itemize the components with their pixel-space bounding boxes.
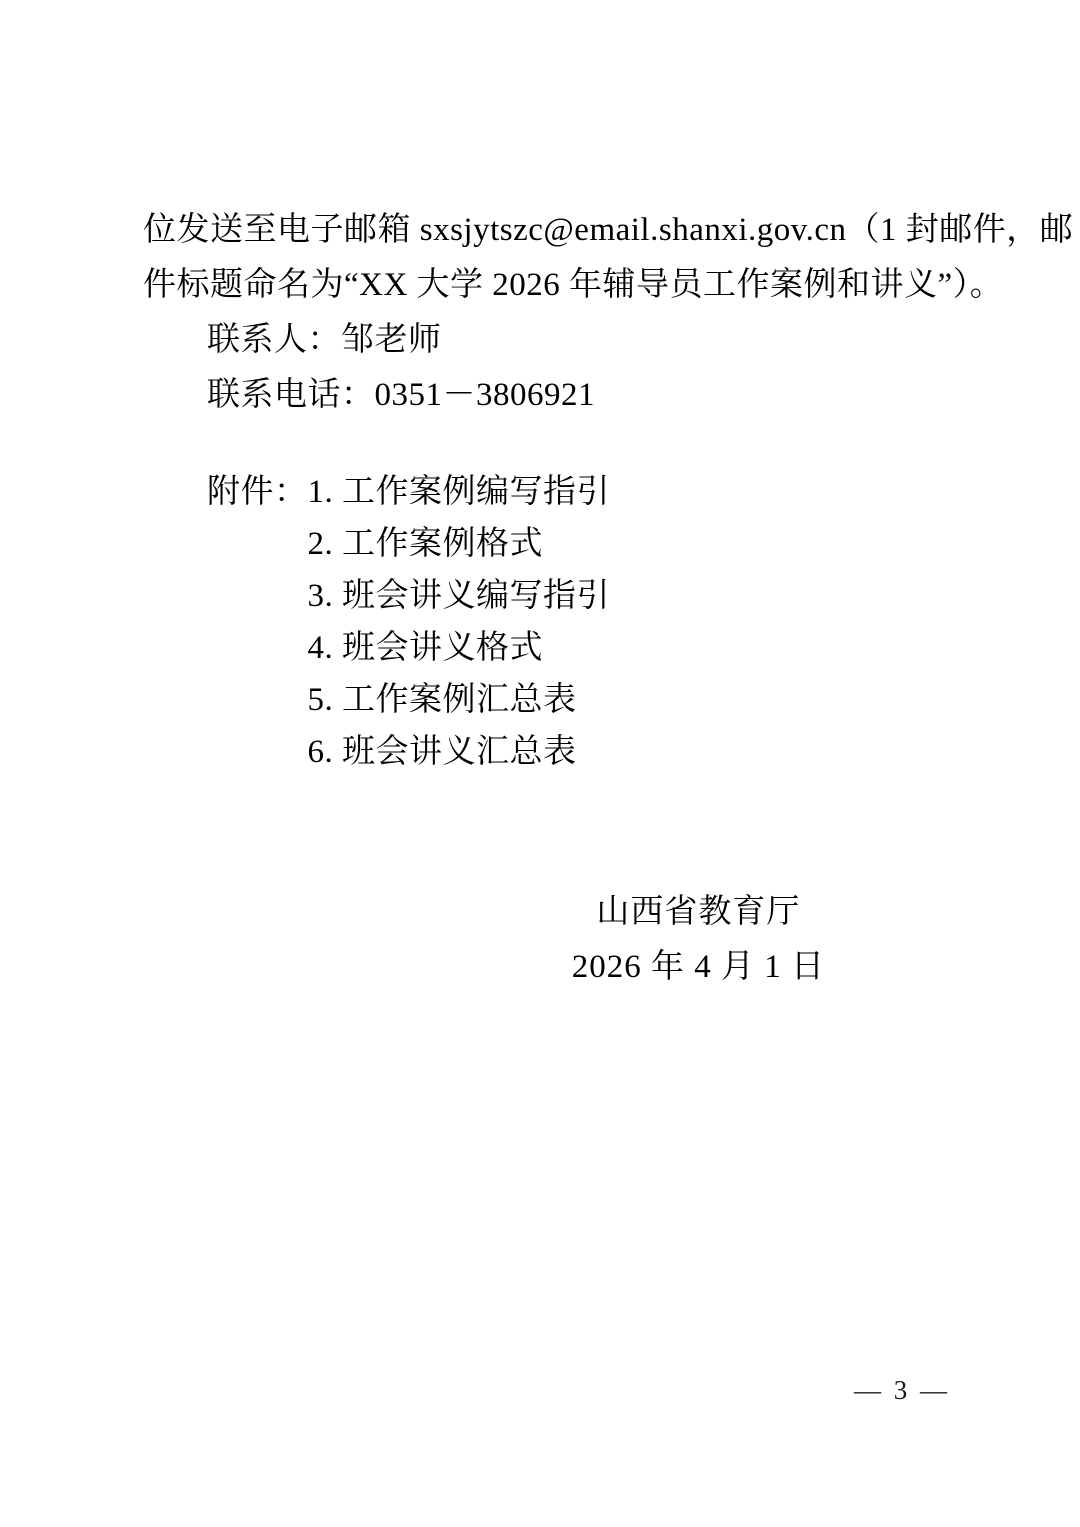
attachment-item-3: 3. 班会讲义编写指引 [308,570,611,622]
attachments-list: 1. 工作案例编写指引 2. 工作案例格式 3. 班会讲义编写指引 4. 班会讲… [308,466,611,778]
attachments-block: 附件： 1. 工作案例编写指引 2. 工作案例格式 3. 班会讲义编写指引 4.… [143,466,940,778]
signature-block: 山西省教育厅 2026 年 4 月 1 日 [572,885,825,995]
attachment-item-5: 5. 工作案例汇总表 [308,674,611,726]
attachment-item-1: 1. 工作案例编写指引 [308,466,611,518]
attachment-item-4: 4. 班会讲义格式 [308,622,611,674]
page-number: — 3 — [854,1375,950,1405]
document-body: 位发送至电子邮箱 sxsjytszc@email.shanxi.gov.cn（1… [0,0,1080,995]
body-line-title-naming: 件标题命名为“XX 大学 2026 年辅导员工作案例和讲义”）。 [143,258,940,313]
body-line-continuation: 位发送至电子邮箱 sxsjytszc@email.shanxi.gov.cn（1… [143,203,940,258]
attachment-item-6: 6. 班会讲义汇总表 [308,726,611,778]
document-page: 位发送至电子邮箱 sxsjytszc@email.shanxi.gov.cn（1… [0,0,1080,1527]
issuing-organization: 山西省教育厅 [596,885,800,940]
attachment-item-2: 2. 工作案例格式 [308,518,611,570]
attachments-label: 附件： [143,466,308,778]
contact-person-line: 联系人：邹老师 [143,313,940,368]
issue-date: 2026 年 4 月 1 日 [572,940,825,995]
contact-phone-line: 联系电话：0351－3806921 [143,368,940,423]
